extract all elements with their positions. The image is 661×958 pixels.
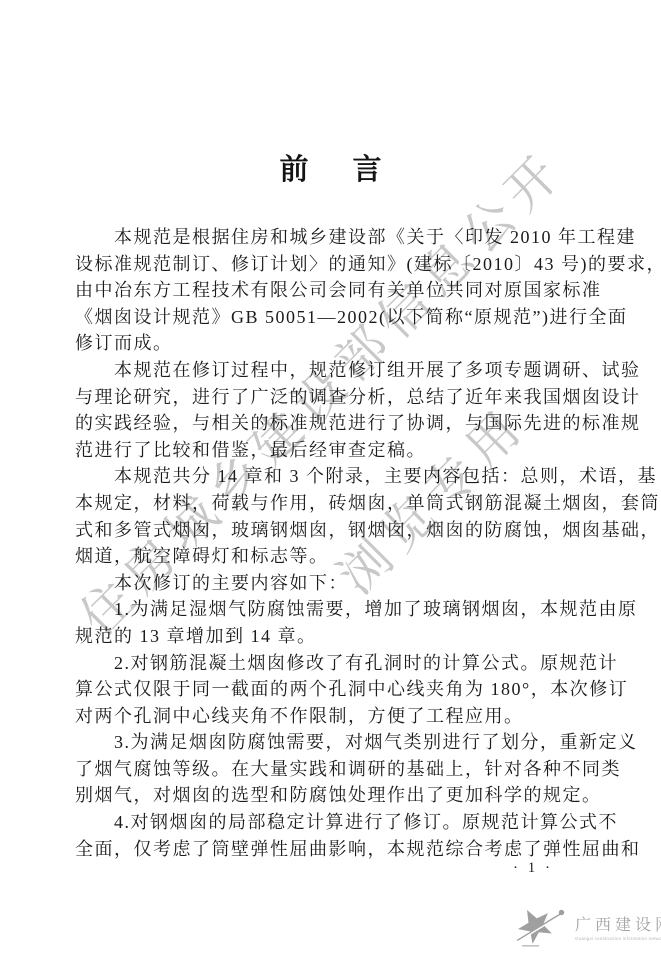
text-line: 式和多管式烟囱，玻璃钢烟囱，钢烟囱，烟囱的防腐蚀，烟囱基础，	[75, 517, 587, 544]
text-line: 与理论研究，进行了广泛的调查分析，总结了近年来我国烟囱设计	[75, 384, 587, 411]
text-line: 1.为满足湿烟气防腐蚀需要，增加了玻璃钢烟囱，本规范由原	[75, 596, 587, 623]
text-line: 本规范共分 14 章和 3 个附录，主要内容包括：总则，术语，基	[75, 463, 587, 490]
text-line: 了烟气腐蚀等级。在大量实践和调研的基础上，针对各种不同类	[75, 756, 587, 783]
text-line: 3.为满足烟囱防腐蚀需要，对烟气类别进行了划分，重新定义	[75, 729, 587, 756]
logo-tagline: Guangxi construction information network	[575, 936, 661, 941]
title-char-1: 前	[279, 147, 308, 188]
logo-site-name: 广西建设网	[575, 912, 661, 935]
text-line: 本次修订的主要内容如下：	[75, 570, 587, 597]
page-number: · 1 ·	[513, 860, 553, 877]
text-line: 4.对钢烟囱的局部稳定计算进行了修订。原规范计算公式不	[75, 809, 587, 836]
text-line: 本规定，材料，荷载与作用，砖烟囱，单筒式钢筋混凝土烟囱，套筒	[75, 490, 587, 517]
text-line: 本规范是根据住房和城乡建设部《关于〈印发 2010 年工程建	[75, 224, 587, 251]
text-line: 全面，仅考虑了筒壁弹性屈曲影响，本规范综合考虑了弹性屈曲和	[75, 836, 587, 863]
page-title: 前 言	[0, 147, 661, 188]
text-line: 修订而成。	[75, 330, 587, 357]
text-line: 别烟气，对烟囱的选型和防腐蚀处理作出了更加科学的规定。	[75, 782, 587, 809]
title-char-2: 言	[353, 147, 382, 188]
text-line: 设标准规范制订、修订计划〉的通知》(建标〔2010〕43 号)的要求，	[75, 251, 587, 278]
page-content: 前 言 本规范是根据住房和城乡建设部《关于〈印发 2010 年工程建设标准规范制…	[0, 0, 661, 958]
star-orbit-icon	[514, 901, 570, 951]
text-line: 规范的 13 章增加到 14 章。	[75, 623, 587, 650]
document-page: { "document": { "title_chars": ["前", "言"…	[0, 0, 661, 958]
body-text: 本规范是根据住房和城乡建设部《关于〈印发 2010 年工程建设标准规范制订、修订…	[75, 224, 587, 862]
text-line: 2.对钢筋混凝土烟囱修改了有孔洞时的计算公式。原规范计	[75, 650, 587, 677]
text-line: 范进行了比较和借鉴，最后经审查定稿。	[75, 437, 587, 464]
text-line: 由中冶东方工程技术有限公司会同有关单位共同对原国家标准	[75, 277, 587, 304]
text-line: 本规范在修订过程中，规范修订组开展了多项专题调研、试验	[75, 357, 587, 384]
site-logo: 广西建设网 Guangxi construction information n…	[514, 901, 661, 951]
text-line: 算公式仅限于同一截面的两个孔洞中心线夹角为 180°，本次修订	[75, 676, 587, 703]
logo-text-column: 广西建设网 Guangxi construction information n…	[575, 912, 661, 941]
text-line: 《烟囱设计规范》GB 50051—2002(以下简称“原规范”)进行全面	[75, 304, 587, 331]
text-line: 的实践经验，与相关的标准规范进行了协调，与国际先进的标准规	[75, 410, 587, 437]
text-line: 烟道，航空障碍灯和标志等。	[75, 543, 587, 570]
text-line: 对两个孔洞中心线夹角不作限制，方便了工程应用。	[75, 703, 587, 730]
